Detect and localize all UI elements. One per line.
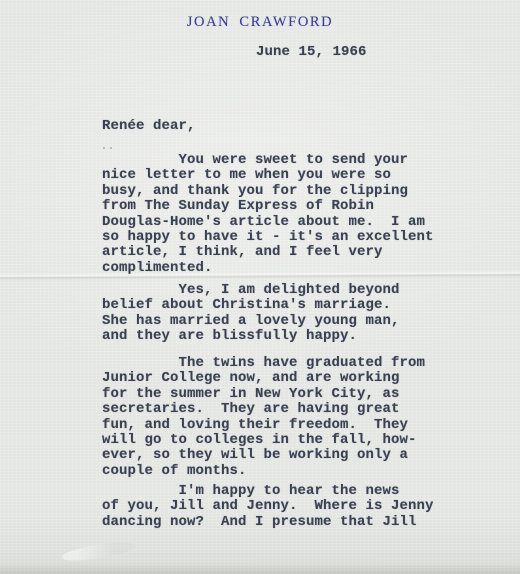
salutation: Renée dear, xyxy=(102,119,196,134)
paragraph-jill-jenny: I'm happy to hear the news of you, Jill … xyxy=(102,484,512,530)
paragraph-christina: Yes, I am delighted beyond belief about … xyxy=(102,283,512,345)
scan-shadow-bottom-edge xyxy=(0,563,520,574)
letterhead-name: JOAN CRAWFORD xyxy=(0,14,520,31)
scan-artifact-corner-crease xyxy=(61,539,136,563)
letter-page: JOAN CRAWFORD June 15, 1966 Renée dear, … xyxy=(0,0,520,574)
paragraph-clipping: You were sweet to send your nice letter … xyxy=(102,153,512,276)
date-line: June 15, 1966 xyxy=(256,45,367,60)
paragraph-twins: The twins have graduated from Junior Col… xyxy=(102,356,512,479)
